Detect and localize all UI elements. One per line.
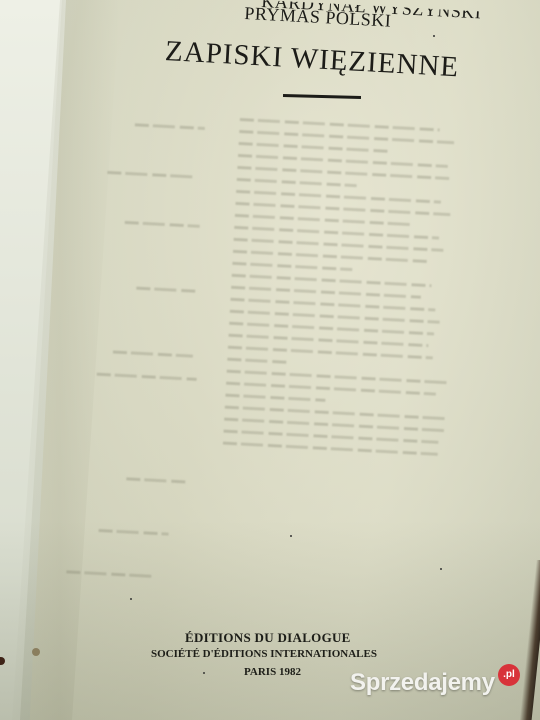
book-photo: KARDYNAŁ WYSZYŃSKI PRYMAS POLSKI ZAPISKI… bbox=[0, 0, 540, 720]
paper-speck bbox=[433, 35, 435, 37]
bleed-through-text-block bbox=[222, 118, 459, 465]
watermark-logo: Sprzedajemy bbox=[350, 669, 495, 697]
watermark-badge: .pl bbox=[498, 664, 520, 686]
